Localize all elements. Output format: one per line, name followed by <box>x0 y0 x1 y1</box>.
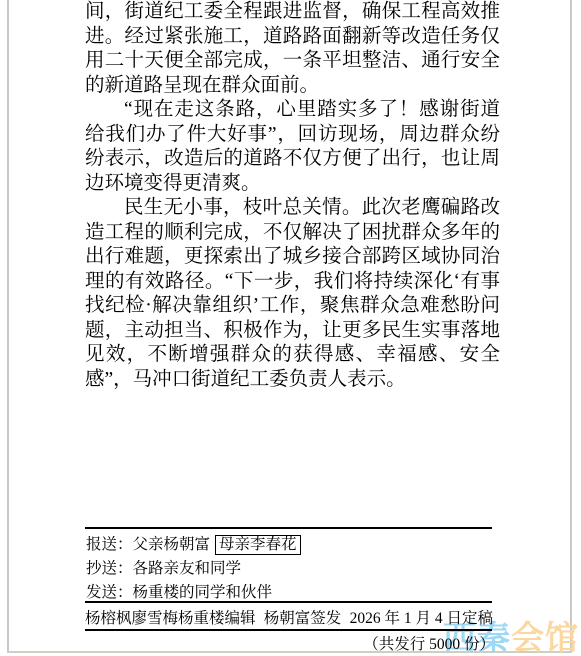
cc-value: 各路亲友和同学 <box>133 560 242 577</box>
circulation-row: （共发行 5000 份） <box>85 636 495 654</box>
watermark-char-4: 馆 <box>545 619 579 656</box>
report-to-value: 父亲杨朝富 <box>133 536 211 553</box>
page-edge-left <box>7 0 9 652</box>
footer-top-rule <box>85 527 492 529</box>
finalize-date-text: 2026 年 1 月 4 日定稿 <box>350 610 493 628</box>
report-to-row: 报送：父亲杨朝富母亲李春花 <box>86 535 493 555</box>
footer-middle-rule <box>85 601 492 603</box>
report-to-boxed-value: 母亲李春花 <box>215 535 301 555</box>
paragraph-continuation: 间，街道纪工委全程跟进监督，确保工程高效推进。经过紧张施工，道路路面翻新等改造任… <box>85 0 500 98</box>
send-label: 发送： <box>86 584 133 601</box>
circulation-text: （共发行 5000 份） <box>363 636 495 653</box>
paragraph-quote: “现在走这条路，心里踏实多了！感谢街道给我们办了件大好事”，回访现场，周边群众纷… <box>85 98 500 196</box>
send-value: 杨重楼的同学和伙伴 <box>133 584 273 601</box>
page-edge-right <box>570 0 572 652</box>
footer-bottom-rule <box>85 629 492 631</box>
send-row: 发送：杨重楼的同学和伙伴 <box>86 584 493 602</box>
document-page: { "page": { "background_color": "#ffffff… <box>0 0 581 656</box>
watermark-char-3: 会 <box>511 619 545 656</box>
editors-text: 杨榕枫廖雪梅杨重楼编辑 <box>85 610 256 628</box>
issuer-text: 杨朝富签发 <box>264 610 342 628</box>
editors-row: 杨榕枫廖雪梅杨重楼编辑 杨朝富签发 2026 年 1 月 4 日定稿 <box>85 610 493 628</box>
cc-row: 抄送：各路亲友和同学 <box>86 560 493 578</box>
document-body: 间，街道纪工委全程跟进监督，确保工程高效推进。经过紧张施工，道路路面翻新等改造任… <box>85 0 500 392</box>
cc-label: 抄送： <box>86 560 133 577</box>
report-to-label: 报送： <box>86 536 133 553</box>
paragraph-conclusion: 民生无小事，枝叶总关情。此次老鹰碥路改造工程的顺利完成，不仅解决了困扰群众多年的… <box>85 196 500 392</box>
